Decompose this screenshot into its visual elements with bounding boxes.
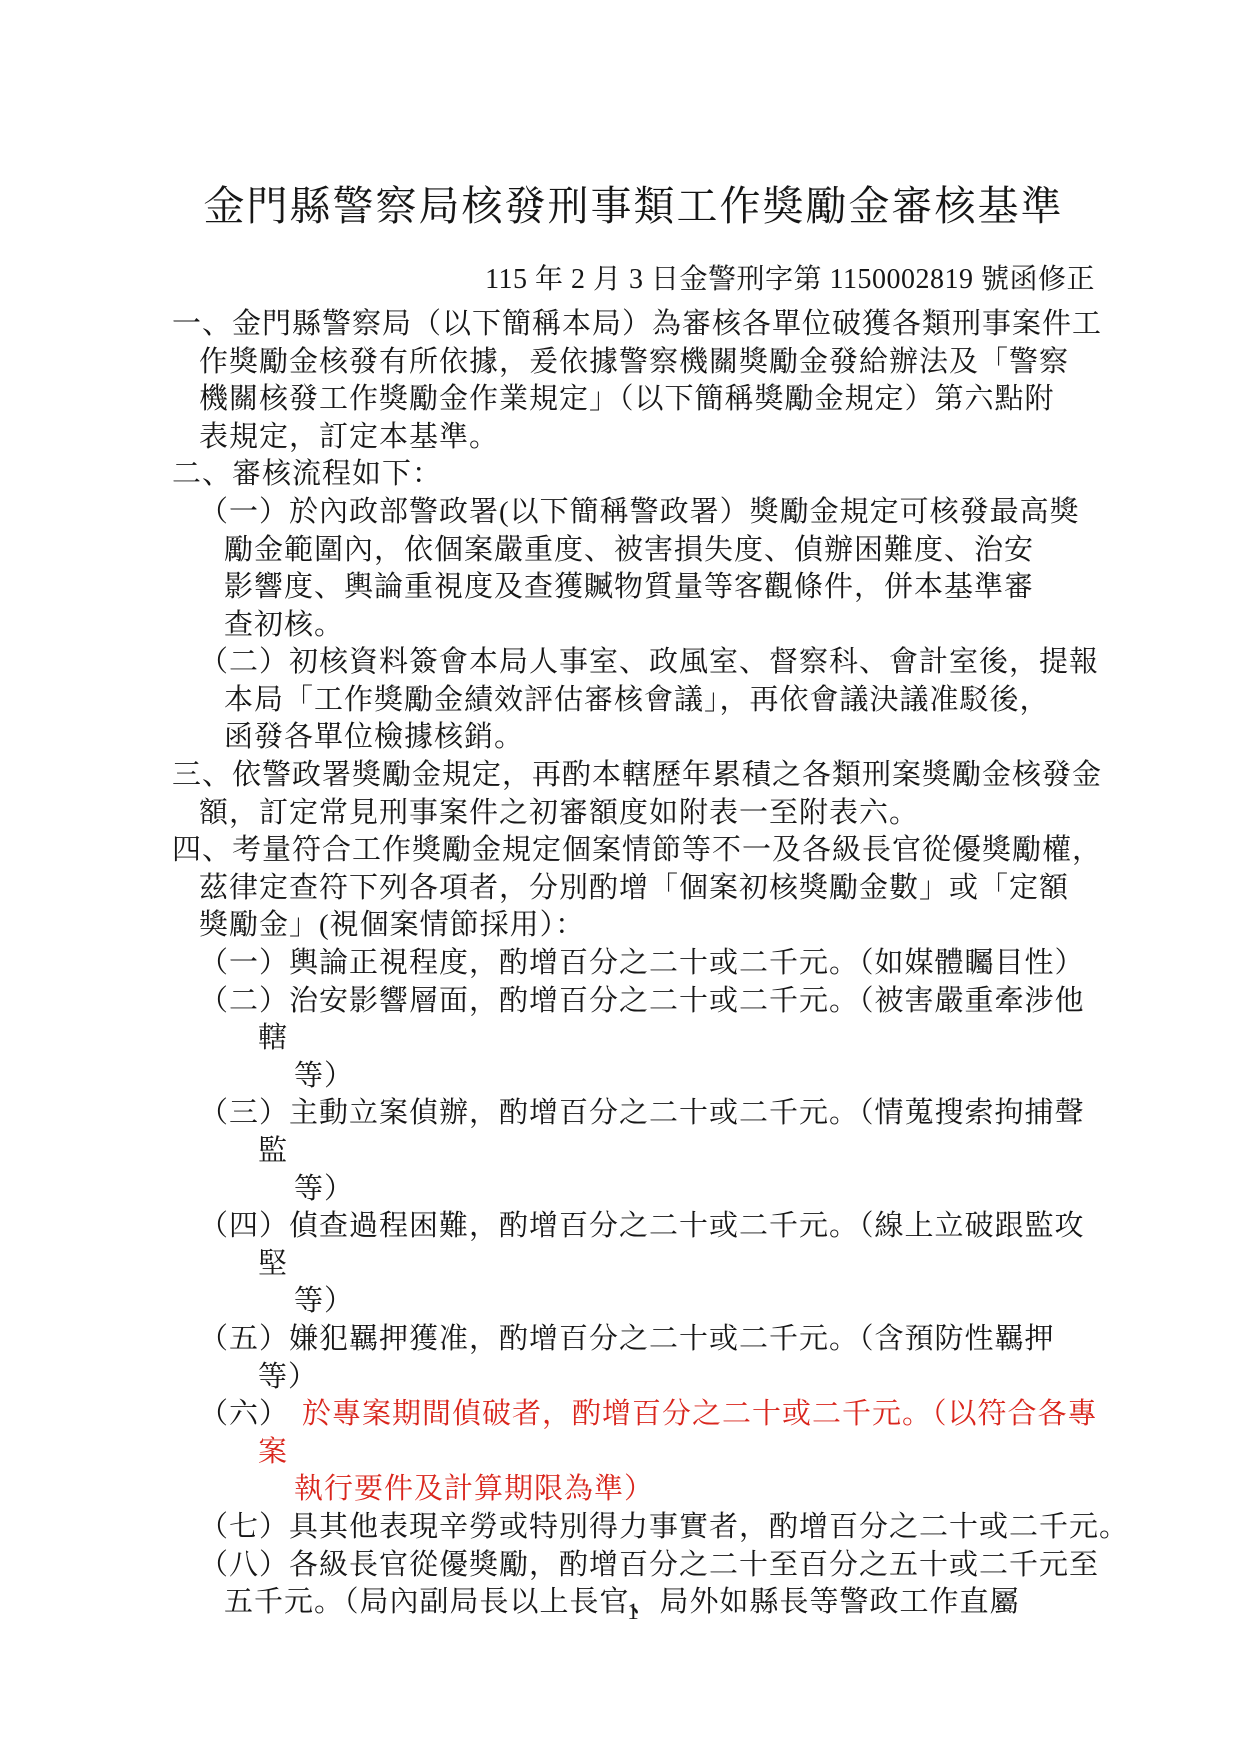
document-line: （六）於專案期間偵破者，酌增百分之二十或二千元。（以符合各專 xyxy=(0,1396,1240,1434)
document-line: 本局「工作獎勵金績效評估審核會議」，再依會議決議准駁後， xyxy=(0,682,1240,720)
document-body: 一、金門縣警察局（以下簡稱本局）為審核各單位破獲各類刑事案件工作獎勵金核發有所依… xyxy=(0,306,1240,1622)
document-line: 五千元。（局內副局長以上長官、局外如縣長等警政工作直屬 xyxy=(0,1584,1240,1622)
document-line: 勵金範圍內，依個案嚴重度、被害損失度、偵辦困難度、治安 xyxy=(0,532,1240,570)
document-line: （四）偵查過程困難，酌增百分之二十或二千元。（線上立破跟監攻 xyxy=(0,1208,1240,1246)
document-line: （一）於內政部警政署(以下簡稱警政署）獎勵金規定可核發最高獎 xyxy=(0,494,1240,532)
document-line: （七）具其他表現辛勞或特別得力事實者，酌增百分之二十或二千元。 xyxy=(0,1509,1240,1547)
document-line: 案 xyxy=(0,1434,1240,1472)
document-line: 查初核。 xyxy=(0,607,1240,645)
document-line: 函發各單位檢據核銷。 xyxy=(0,719,1240,757)
document-line: （一）輿論正視程度，酌增百分之二十或二千元。（如媒體矚目性） xyxy=(0,945,1240,983)
document-line: 茲律定查符下列各項者，分別酌增「個案初核獎勵金數」或「定額 xyxy=(0,870,1240,908)
document-line: 轄 xyxy=(0,1020,1240,1058)
document-line: 四、考量符合工作獎勵金規定個案情節等不一及各級長官從優獎勵權， xyxy=(0,832,1240,870)
document-line: 二、審核流程如下： xyxy=(0,456,1240,494)
document-line: 作獎勵金核發有所依據，爰依據警察機關獎勵金發給辦法及「警察 xyxy=(0,344,1240,382)
document-line: 執行要件及計算期限為準） xyxy=(0,1471,1240,1509)
document-line: 影響度、輿論重視度及查獲贓物質量等客觀條件，併本基準審 xyxy=(0,569,1240,607)
document-line: 機關核發工作獎勵金作業規定」（以下簡稱獎勵金規定）第六點附 xyxy=(0,381,1240,419)
document-line: 三、依警政署獎勵金規定，再酌本轄歷年累積之各類刑案獎勵金核發金 xyxy=(0,757,1240,795)
document-line: 一、金門縣警察局（以下簡稱本局）為審核各單位破獲各類刑事案件工 xyxy=(0,306,1240,344)
document-page: 金門縣警察局核發刑事類工作獎勵金審核基準 115 年 2 月 3 日金警刑字第 … xyxy=(0,0,1240,1754)
document-line: 獎勵金」(視個案情節採用）： xyxy=(0,907,1240,945)
revision-note: 115 年 2 月 3 日金警刑字第 1150002819 號函修正 xyxy=(0,261,1240,298)
document-line: 監 xyxy=(0,1133,1240,1171)
item-marker: （六） xyxy=(199,1398,289,1430)
document-line: 等） xyxy=(0,1359,1240,1397)
page-number: 1 xyxy=(627,1598,639,1626)
document-line: （八）各級長官從優獎勵，酌增百分之二十至百分之五十或二千元至 xyxy=(0,1547,1240,1585)
document-line: 等） xyxy=(0,1058,1240,1096)
document-line: （五）嫌犯羈押獲准，酌增百分之二十或二千元。（含預防性羈押 xyxy=(0,1321,1240,1359)
document-line: 等） xyxy=(0,1283,1240,1321)
document-line: （三）主動立案偵辦，酌增百分之二十或二千元。（情蒐搜索拘捕聲 xyxy=(0,1095,1240,1133)
document-line: 等） xyxy=(0,1171,1240,1209)
document-line: 表規定，訂定本基準。 xyxy=(0,419,1240,457)
document-title: 金門縣警察局核發刑事類工作獎勵金審核基準 xyxy=(0,27,1240,233)
document-line: 堅 xyxy=(0,1246,1240,1284)
document-line: （二）治安影響層面，酌增百分之二十或二千元。（被害嚴重牽涉他 xyxy=(0,983,1240,1021)
document-line: （二）初核資料簽會本局人事室、政風室、督察科、會計室後，提報 xyxy=(0,644,1240,682)
line-text: 於專案期間偵破者，酌增百分之二十或二千元。（以符合各專 xyxy=(302,1398,1098,1430)
document-line: 額，訂定常見刑事案件之初審額度如附表一至附表六。 xyxy=(0,795,1240,833)
